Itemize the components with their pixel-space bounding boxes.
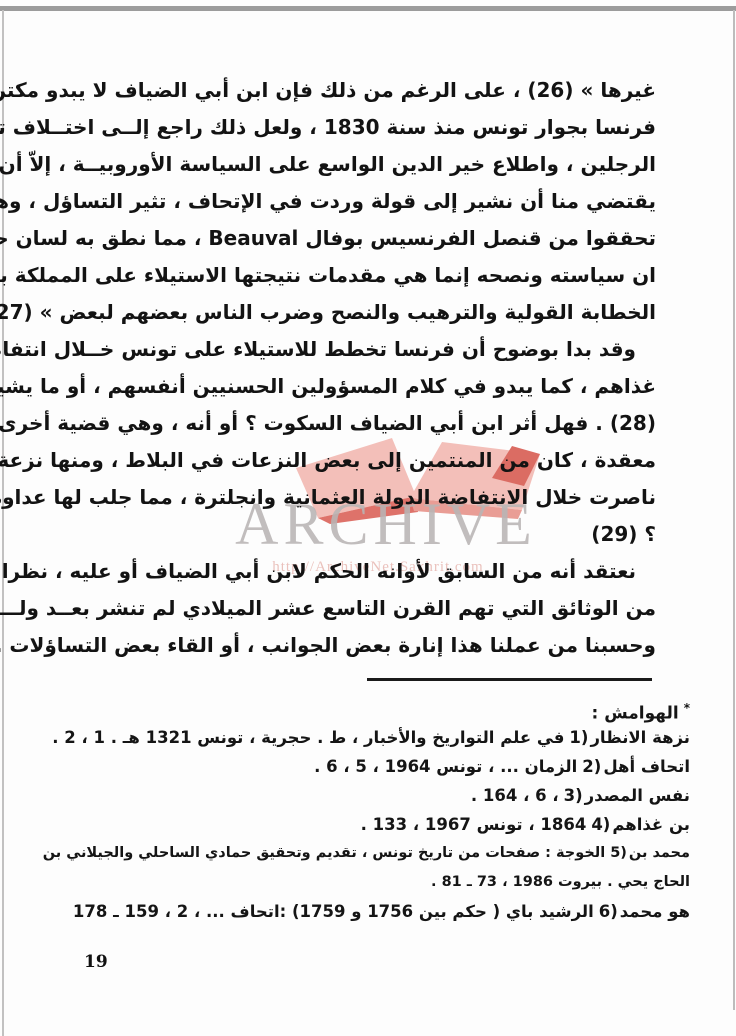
body-line: غيرها » (26) ، على الرغم من ذلك فإن ابن … [70, 72, 656, 109]
footnote-divider [367, 678, 652, 681]
body-line: وقد بدا بوضوح أن فرنسا تخطط للاستيلاء عل… [70, 331, 656, 368]
body-line: فرنسا بجوار تونس منذ سنة 1830 ، ولعل ذلك… [70, 109, 656, 146]
body-line: يقتضي منا أن نشير إلى قولة وردت في الإتح… [70, 183, 656, 220]
footnote-lead: نفس المصدر [585, 786, 690, 805]
body-line: من الوثائق التي تهم القرن التاسع عشر الم… [70, 590, 656, 627]
footnote-text: 1864 ، تونس 1967 ، 133 . [361, 815, 587, 834]
footnote-continuation: الحاج يحي . بيروت 1986 ، 73 ـ 81 . [56, 868, 690, 897]
footnote-number: 2) [582, 752, 601, 781]
footnote-item: محمد بن5)الخوجة : صفحات من تاريخ تونس ، … [56, 839, 690, 868]
footnote-lead: هو محمد [620, 902, 690, 921]
footnote-text: الزمان ... ، تونس 1964 ، 5 ، 6 . [314, 757, 577, 776]
footnote-number: 3) [564, 781, 583, 810]
footnote-item: نزهة الانظار1)في علم التواريخ والأخبار ،… [56, 723, 690, 752]
page-number: 19 [84, 952, 108, 972]
footnote-item: اتحاف أهل2)الزمان ... ، تونس 1964 ، 5 ، … [56, 752, 690, 781]
footnote-text: الرشيد باي ( حكم بين 1756 و 1759) :اتحاف… [73, 902, 594, 921]
footnote-lead: نزهة الانظار [590, 728, 690, 747]
footnote-item: بن غذاهم4)1864 ، تونس 1967 ، 133 . [56, 810, 690, 839]
body-text-block: غيرها » (26) ، على الرغم من ذلك فإن ابن … [70, 72, 656, 664]
footnote-text: ، 6 ، 164 . [471, 786, 559, 805]
footnote-number: 4) [591, 810, 610, 839]
body-line: الرجلين ، واطلاع خير الدين الواسع على ال… [70, 146, 656, 183]
body-line: (28) . فهل أثر ابن أبي الضياف السكوت ؟ أ… [70, 405, 656, 442]
footnotes-block: *الهوامش : نزهة الانظار1)في علم التواريخ… [56, 693, 690, 926]
scanned-book-page: ARCHIVE http://ArchiveNet.Sakhrit.com غي… [0, 0, 736, 1036]
footnote-item: هو محمد6)الرشيد باي ( حكم بين 1756 و 175… [56, 897, 690, 926]
footnote-text: الحاج يحي . بيروت 1986 ، 73 ـ 81 . [431, 874, 690, 890]
footnote-text: الخوجة : صفحات من تاريخ تونس ، تقديم وتح… [43, 845, 605, 861]
footnote-lead: بن غذاهم [612, 815, 690, 834]
footnote-number: 1) [569, 723, 588, 752]
body-line: غذاهم ، كما يبدو في كلام المسؤولين الحسن… [70, 368, 656, 405]
footnotes-header-label: الهوامش : [592, 704, 679, 724]
body-line: ؟ (29) [70, 516, 656, 553]
footnote-text: في علم التواريخ والأخبار ، ط . حجرية ، ت… [52, 728, 564, 747]
body-line: نعتقد أنه من السابق لأوانه الحكم لابن أب… [70, 553, 656, 590]
footnote-asterisk-marker: * [684, 701, 690, 715]
footnote-item: نفس المصدر3)، 6 ، 164 . [56, 781, 690, 810]
body-line: وحسبنا من عملنا هذا إنارة بعض الجوانب ، … [70, 627, 656, 664]
footnote-lead: اتحاف أهل [603, 757, 690, 776]
body-line: ناصرت خلال الانتفاضة الدولة العثمانية وا… [70, 479, 656, 516]
body-line: الخطابة القولية والترهيب والنصح وضرب الن… [70, 294, 656, 331]
footnote-lead: محمد بن [629, 845, 690, 861]
footnote-number: 6) [599, 897, 618, 926]
body-line: ان سياسته ونصحه إنما هي مقدمات نتيجتها ا… [70, 257, 656, 294]
footnotes-header: *الهوامش : [56, 693, 690, 723]
scan-top-border [0, 6, 736, 11]
body-line: تحققوا من قنصل الفرنسيس بوفال Beauval ، … [70, 220, 656, 257]
footnote-number: 5) [610, 839, 627, 868]
body-line: معقدة ، كان من المنتمين إلى بعض النزعات … [70, 442, 656, 479]
